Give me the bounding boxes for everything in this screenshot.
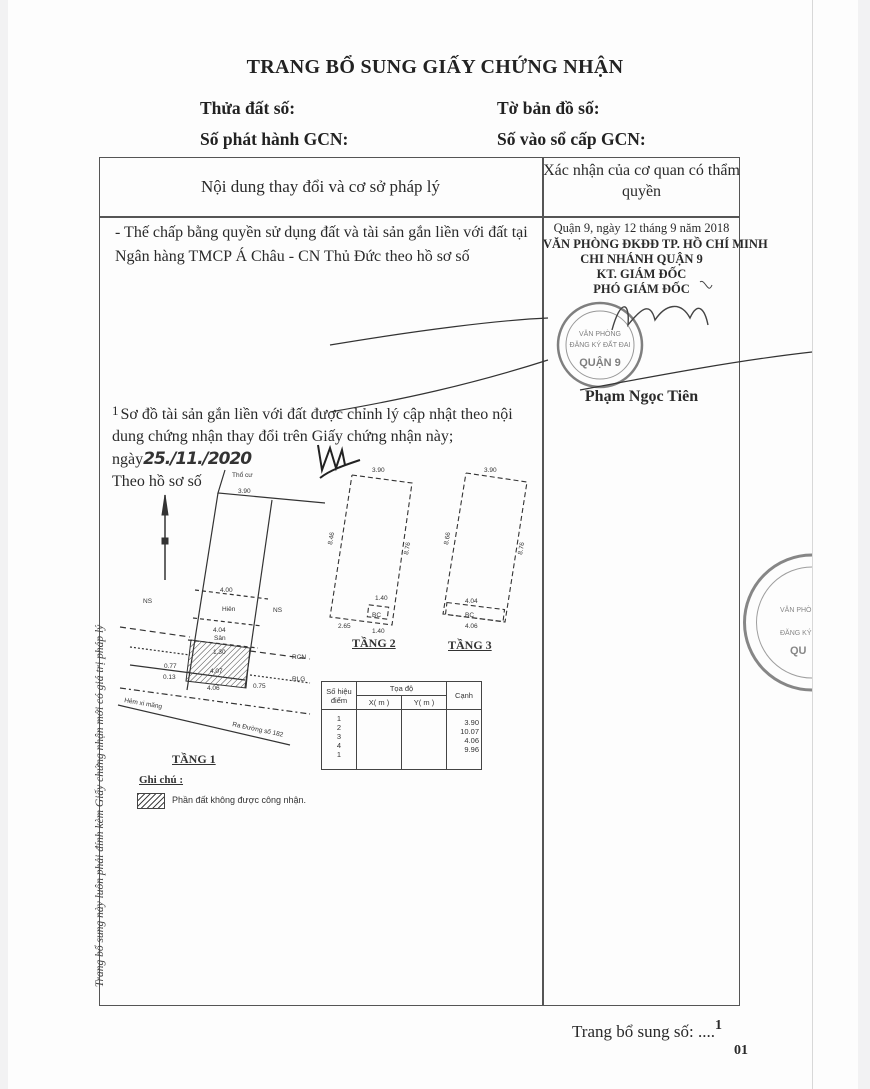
svg-text:Thổ cư: Thổ cư — [232, 471, 253, 479]
svg-text:8.76: 8.76 — [403, 541, 412, 555]
floor2-label: TẦNG 2 — [352, 636, 396, 651]
svg-text:3.90: 3.90 — [372, 467, 385, 474]
side-note: Trang bổ sung này luôn phải đính kèm Giấ… — [94, 596, 106, 1016]
svg-text:0.75: 0.75 — [253, 683, 266, 690]
col-y: Y( m ) — [402, 696, 447, 710]
svg-text:RCN: RCN — [292, 654, 306, 661]
col-x: X( m ) — [357, 696, 402, 710]
floor3-plan — [443, 473, 527, 622]
legend-title: Ghi chú : — [139, 774, 183, 786]
svg-text:NS: NS — [273, 607, 283, 614]
col-coords: Tọa độ — [357, 682, 447, 696]
svg-text:Hẻm xi măng: Hẻm xi măng — [124, 697, 163, 711]
svg-text:3.90: 3.90 — [238, 488, 251, 495]
svg-text:8.76: 8.76 — [517, 541, 526, 555]
svg-text:4.04: 4.04 — [213, 627, 226, 634]
supplement-number: 1 — [715, 1018, 722, 1033]
svg-text:4.07: 4.07 — [210, 668, 223, 675]
svg-text:1.30: 1.30 — [213, 649, 226, 656]
svg-text:2.65: 2.65 — [338, 623, 351, 630]
col-edge: Cạnh — [447, 682, 482, 710]
edge-list: 3.9010.074.069.96 — [447, 710, 482, 770]
coordinate-table: Số hiệu điểm Tọa độ Cạnh X( m ) Y( m ) 1… — [321, 681, 482, 770]
north-arrow-icon — [162, 495, 168, 580]
supplement-subnumber: 01 — [734, 1043, 748, 1059]
supplement-page-number: Trang bổ sung số: ....1 — [572, 1018, 722, 1042]
svg-text:8.46: 8.46 — [327, 531, 336, 545]
svg-text:Hiên: Hiên — [222, 606, 236, 613]
svg-text:4.06: 4.06 — [207, 685, 220, 692]
floor2-plan — [330, 475, 412, 625]
floor-plan-diagram: Thổ cư 3.90 4.00 Hiên NS NS 4.04 Sân 1.3… — [0, 0, 870, 1089]
svg-text:NS: NS — [143, 598, 153, 605]
svg-text:Sân: Sân — [214, 635, 226, 642]
svg-text:4.06: 4.06 — [465, 623, 478, 630]
svg-text:RLG: RLG — [292, 676, 305, 683]
svg-text:0.13: 0.13 — [163, 674, 176, 681]
col-point: Số hiệu điểm — [322, 682, 357, 710]
y-values — [402, 710, 447, 770]
floor1-label: TẦNG 1 — [172, 752, 216, 767]
floor3-label: TẦNG 3 — [448, 638, 492, 653]
point-list: 12341 — [322, 710, 357, 770]
svg-text:BC: BC — [372, 612, 381, 619]
x-values — [357, 710, 402, 770]
svg-text:1.40: 1.40 — [375, 595, 388, 602]
floor2-dimensions: 3.90 8.46 8.76 1.40 BC 2.65 1.40 — [327, 467, 412, 635]
supplement-label: Trang bổ sung số: .... — [572, 1022, 715, 1041]
svg-text:Ra Đường số 182: Ra Đường số 182 — [232, 719, 285, 739]
svg-text:4.04: 4.04 — [465, 598, 478, 605]
svg-text:8.66: 8.66 — [443, 531, 452, 545]
svg-text:1.40: 1.40 — [372, 628, 385, 635]
svg-text:3.90: 3.90 — [484, 467, 497, 474]
hatch-swatch — [137, 793, 165, 809]
legend-hatch-label: Phần đất không được công nhận. — [172, 795, 306, 805]
floor3-dimensions: 3.90 8.66 8.76 4.04 BC 4.06 — [443, 467, 526, 630]
svg-text:BC: BC — [465, 612, 474, 619]
hatched-area — [186, 640, 250, 688]
svg-text:0.77: 0.77 — [164, 663, 177, 670]
svg-text:4.00: 4.00 — [220, 587, 233, 594]
